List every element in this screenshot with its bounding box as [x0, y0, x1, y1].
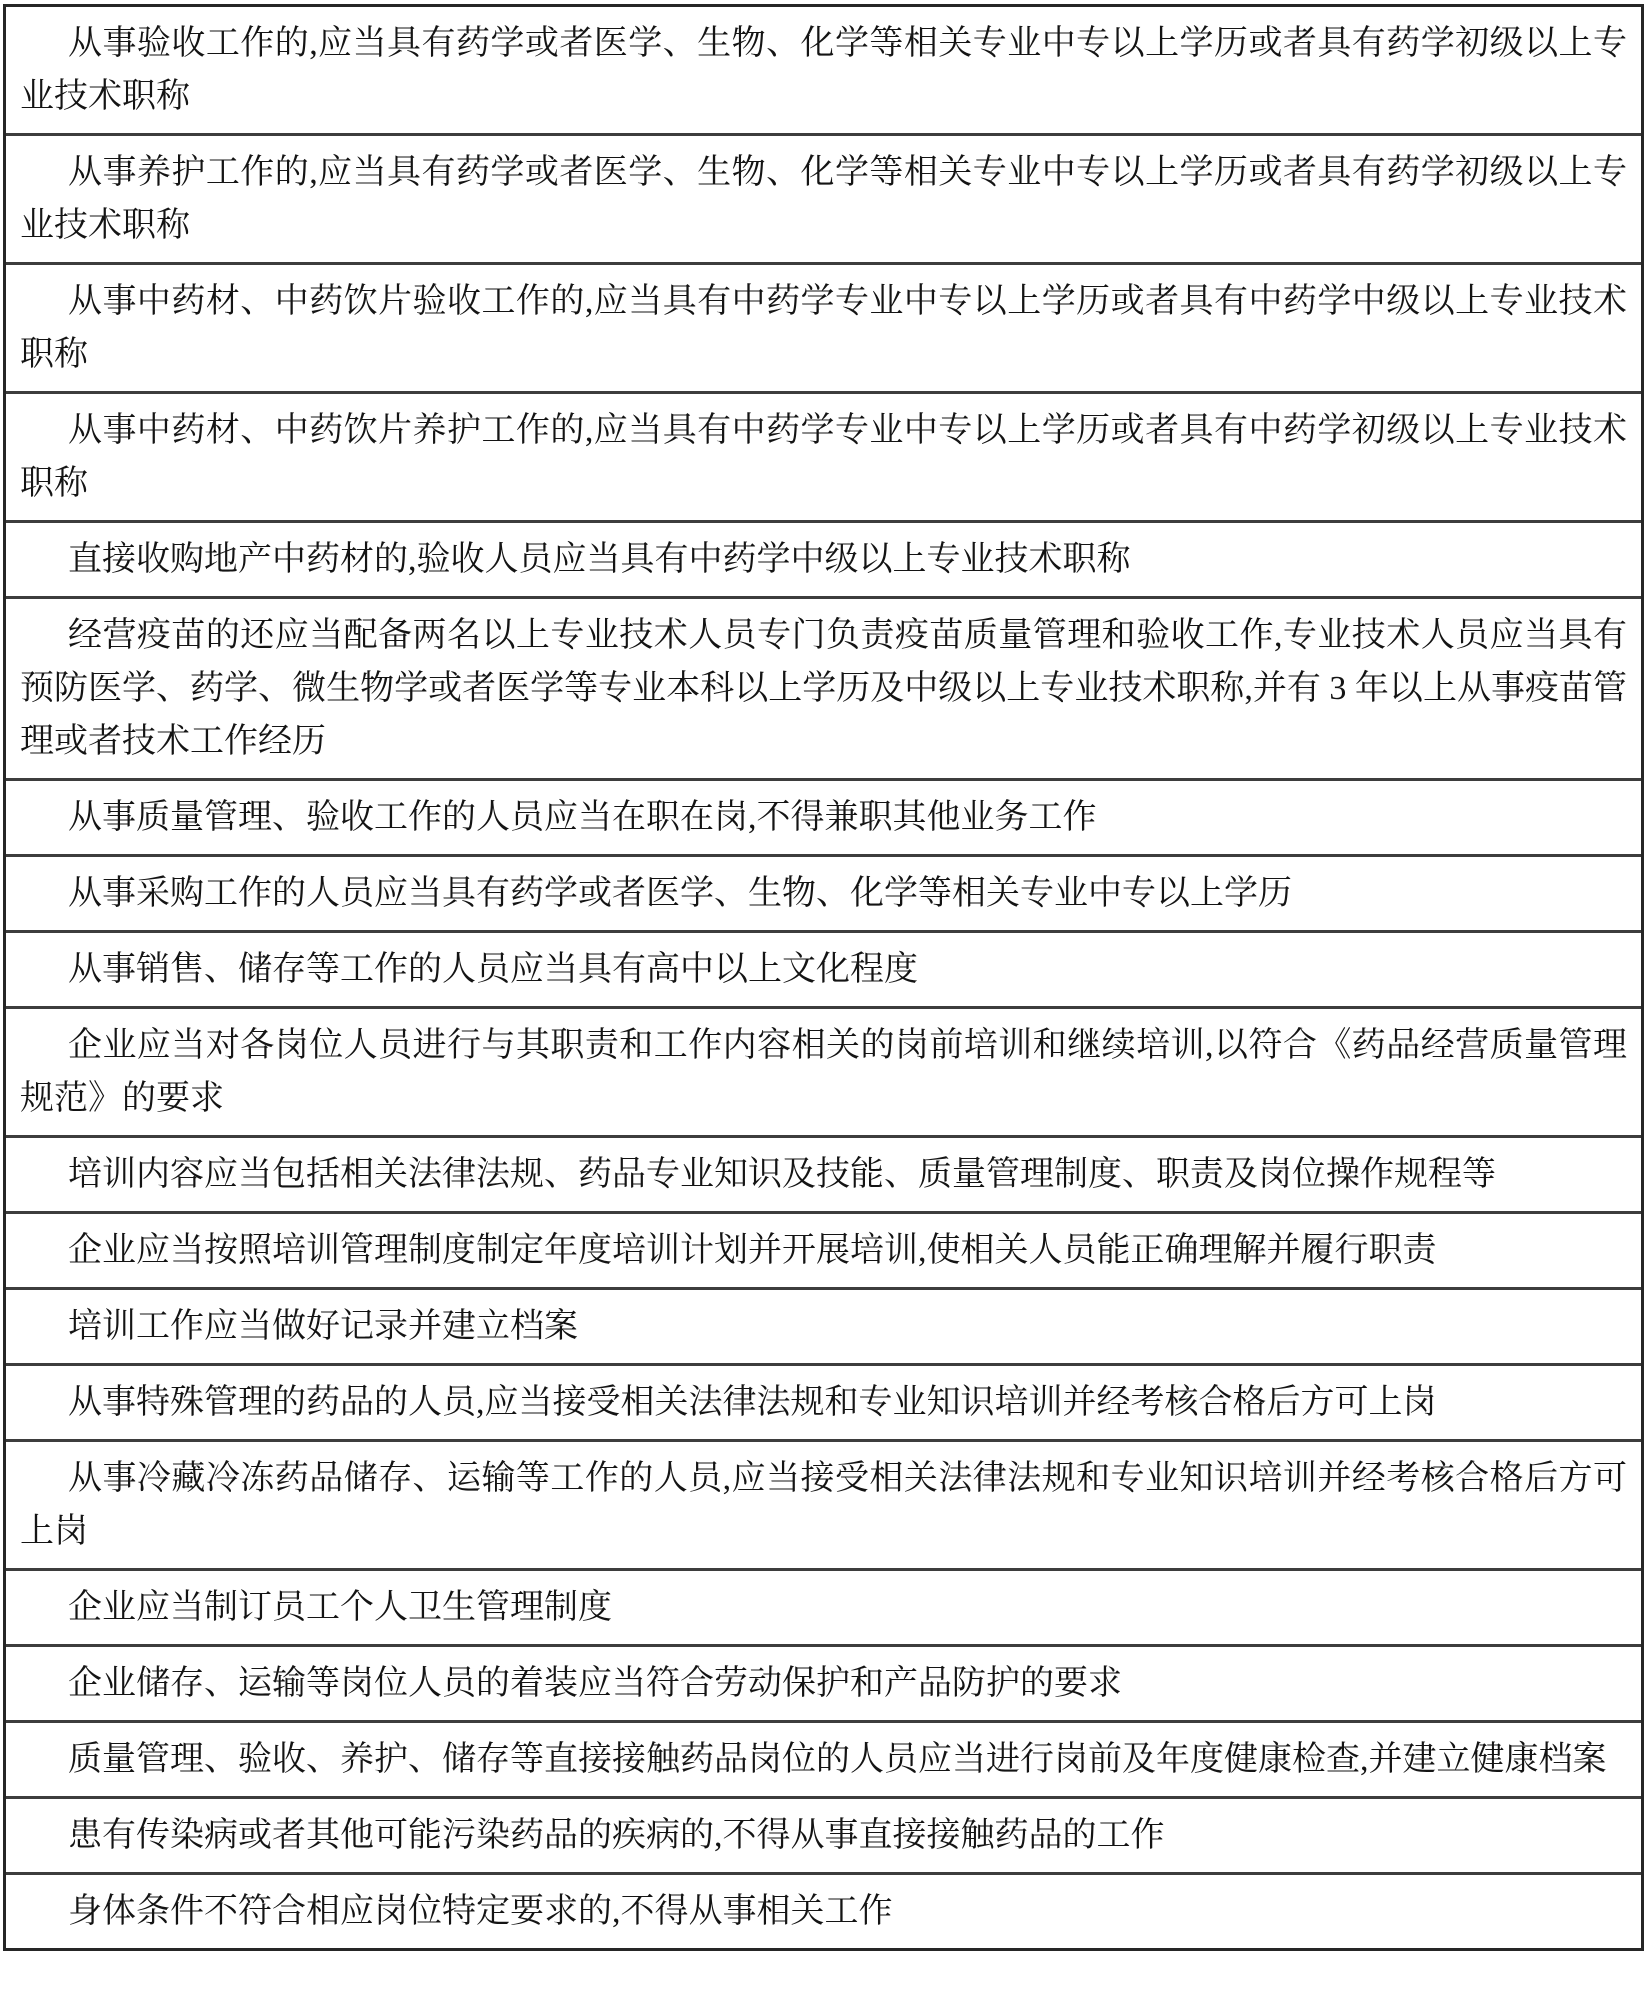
table-row: 患有传染病或者其他可能污染药品的疾病的,不得从事直接接触药品的工作	[6, 1799, 1641, 1875]
table-row: 质量管理、验收、养护、储存等直接接触药品岗位的人员应当进行岗前及年度健康检查,并…	[6, 1723, 1641, 1799]
table-row: 企业应当按照培训管理制度制定年度培训计划并开展培训,使相关人员能正确理解并履行职…	[6, 1214, 1641, 1290]
table-row: 企业储存、运输等岗位人员的着装应当符合劳动保护和产品防护的要求	[6, 1647, 1641, 1723]
row-text: 身体条件不符合相应岗位特定要求的,不得从事相关工作	[20, 1885, 1627, 1938]
row-text: 从事采购工作的人员应当具有药学或者医学、生物、化学等相关专业中专以上学历	[20, 867, 1627, 920]
table-row: 培训内容应当包括相关法律法规、药品专业知识及技能、质量管理制度、职责及岗位操作规…	[6, 1138, 1641, 1214]
requirements-table: 从事验收工作的,应当具有药学或者医学、生物、化学等相关专业中专以上学历或者具有药…	[3, 4, 1644, 1951]
table-row: 从事养护工作的,应当具有药学或者医学、生物、化学等相关专业中专以上学历或者具有药…	[6, 136, 1641, 265]
table-row: 企业应当制订员工个人卫生管理制度	[6, 1571, 1641, 1647]
row-text: 质量管理、验收、养护、储存等直接接触药品岗位的人员应当进行岗前及年度健康检查,并…	[20, 1733, 1627, 1786]
table-row: 经营疫苗的还应当配备两名以上专业技术人员专门负责疫苗质量管理和验收工作,专业技术…	[6, 599, 1641, 781]
table-row: 直接收购地产中药材的,验收人员应当具有中药学中级以上专业技术职称	[6, 523, 1641, 599]
row-text: 从事冷藏冷冻药品储存、运输等工作的人员,应当接受相关法律法规和专业知识培训并经考…	[20, 1452, 1627, 1558]
table-row: 从事特殊管理的药品的人员,应当接受相关法律法规和专业知识培训并经考核合格后方可上…	[6, 1366, 1641, 1442]
table-row: 从事中药材、中药饮片验收工作的,应当具有中药学专业中专以上学历或者具有中药学中级…	[6, 265, 1641, 394]
row-text: 从事销售、储存等工作的人员应当具有高中以上文化程度	[20, 943, 1627, 996]
table-row: 从事销售、储存等工作的人员应当具有高中以上文化程度	[6, 933, 1641, 1009]
table-row: 从事中药材、中药饮片养护工作的,应当具有中药学专业中专以上学历或者具有中药学初级…	[6, 394, 1641, 523]
row-text: 从事特殊管理的药品的人员,应当接受相关法律法规和专业知识培训并经考核合格后方可上…	[20, 1376, 1627, 1429]
row-text: 患有传染病或者其他可能污染药品的疾病的,不得从事直接接触药品的工作	[20, 1809, 1627, 1862]
row-text: 培训内容应当包括相关法律法规、药品专业知识及技能、质量管理制度、职责及岗位操作规…	[20, 1148, 1627, 1201]
table-row: 从事验收工作的,应当具有药学或者医学、生物、化学等相关专业中专以上学历或者具有药…	[6, 7, 1641, 136]
row-text: 企业应当对各岗位人员进行与其职责和工作内容相关的岗前培训和继续培训,以符合《药品…	[20, 1019, 1627, 1125]
row-text: 企业应当制订员工个人卫生管理制度	[20, 1581, 1627, 1634]
row-text: 直接收购地产中药材的,验收人员应当具有中药学中级以上专业技术职称	[20, 533, 1627, 586]
table-row: 从事质量管理、验收工作的人员应当在职在岗,不得兼职其他业务工作	[6, 781, 1641, 857]
row-text: 经营疫苗的还应当配备两名以上专业技术人员专门负责疫苗质量管理和验收工作,专业技术…	[20, 609, 1627, 768]
table-row: 培训工作应当做好记录并建立档案	[6, 1290, 1641, 1366]
table-row: 企业应当对各岗位人员进行与其职责和工作内容相关的岗前培训和继续培训,以符合《药品…	[6, 1009, 1641, 1138]
row-text: 从事中药材、中药饮片养护工作的,应当具有中药学专业中专以上学历或者具有中药学初级…	[20, 404, 1627, 510]
row-text: 从事质量管理、验收工作的人员应当在职在岗,不得兼职其他业务工作	[20, 791, 1627, 844]
row-text: 企业应当按照培训管理制度制定年度培训计划并开展培训,使相关人员能正确理解并履行职…	[20, 1224, 1627, 1277]
row-text: 从事养护工作的,应当具有药学或者医学、生物、化学等相关专业中专以上学历或者具有药…	[20, 146, 1627, 252]
table-row: 从事冷藏冷冻药品储存、运输等工作的人员,应当接受相关法律法规和专业知识培训并经考…	[6, 1442, 1641, 1571]
table-row: 从事采购工作的人员应当具有药学或者医学、生物、化学等相关专业中专以上学历	[6, 857, 1641, 933]
table-row: 身体条件不符合相应岗位特定要求的,不得从事相关工作	[6, 1875, 1641, 1948]
row-text: 企业储存、运输等岗位人员的着装应当符合劳动保护和产品防护的要求	[20, 1657, 1627, 1710]
row-text: 从事中药材、中药饮片验收工作的,应当具有中药学专业中专以上学历或者具有中药学中级…	[20, 275, 1627, 381]
row-text: 从事验收工作的,应当具有药学或者医学、生物、化学等相关专业中专以上学历或者具有药…	[20, 17, 1627, 123]
row-text: 培训工作应当做好记录并建立档案	[20, 1300, 1627, 1353]
